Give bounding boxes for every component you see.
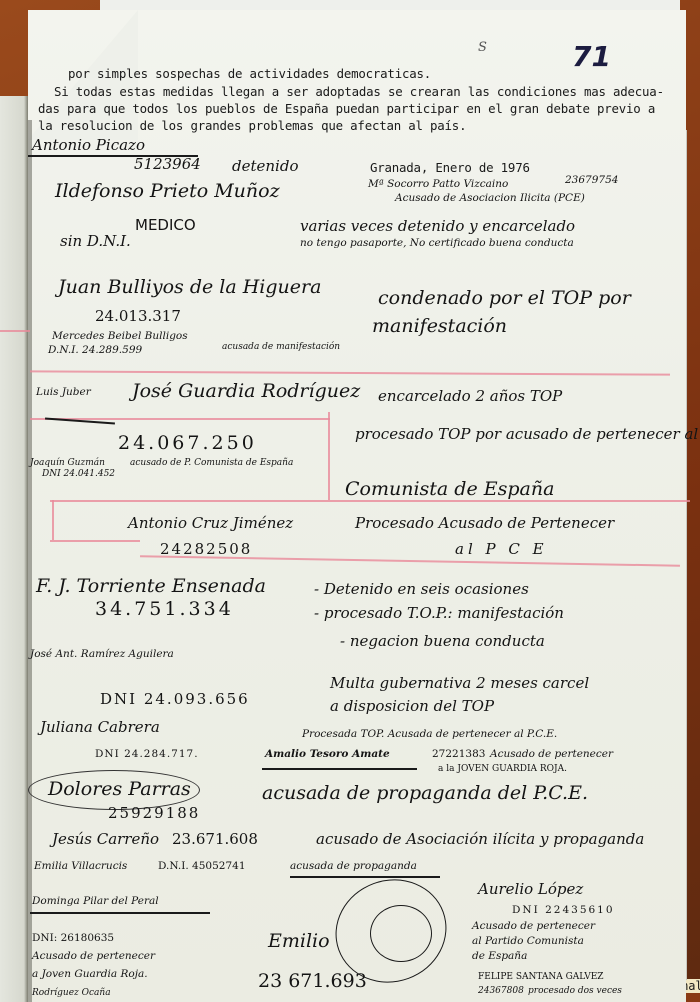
entry-name: Rodríguez Ocaña	[32, 988, 111, 998]
entry-note: no tengo pasaporte, No certificado buena…	[300, 237, 574, 249]
entry-name: Emilio	[268, 930, 330, 952]
entry-note: procesado dos veces	[528, 986, 622, 996]
entry-note: Comunista de España	[345, 478, 554, 500]
entry-name: Aurelio López	[478, 880, 583, 898]
entry-note: Acusado de Asociacion Ilicita (PCE)	[395, 192, 585, 204]
entry-note: Multa gubernativa 2 meses carcel	[330, 674, 589, 692]
entry-id: 24367808	[478, 986, 524, 996]
typed-line-3: das para que todos los pueblos de España…	[38, 101, 655, 116]
entry-note: al P C E	[455, 540, 548, 558]
entry-id: D.N.I. 24.289.599	[48, 344, 142, 356]
entry-id: 23 671.693	[258, 970, 367, 992]
entry-name: Ildefonso Prieto Muñoz	[55, 180, 280, 202]
entry-id: 34.751.334	[95, 598, 234, 620]
entry-id: D.N.I. 45052741	[158, 860, 246, 872]
signature-scribble	[370, 905, 432, 962]
entry-note: manifestación	[372, 315, 507, 337]
red-marker-line	[52, 500, 54, 540]
typed-line-2: Si todas estas medidas llegan a ser adop…	[54, 84, 664, 99]
entry-note: a Joven Guardia Roja.	[32, 968, 148, 980]
entry-prefix: Luis Juber	[36, 386, 91, 398]
entry-note: Procesada TOP. Acusada de pertenecer al …	[302, 728, 557, 740]
entry-note: acusada de propaganda	[290, 860, 417, 872]
corner-mark: S	[478, 40, 487, 55]
entry-id: DNI 24.284.717.	[95, 748, 199, 760]
entry-note: Acusado de pertenecer	[490, 748, 613, 760]
entry-name: Emilia Villacrucis	[34, 860, 127, 872]
entry-id: 27221383	[432, 748, 485, 760]
entry-id: 24.067.250	[118, 432, 257, 454]
entry-note: acusado de Asociación ilícita y propagan…	[316, 830, 644, 848]
entry-note: encarcelado 2 años TOP	[378, 387, 562, 405]
entry-name: Dominga Pilar del Peral	[32, 895, 159, 907]
entry-name: José Guardia Rodríguez	[132, 380, 360, 402]
entry-note: Acusado de pertenecer	[472, 920, 595, 932]
entry-name: Amalio Tesoro Amate	[265, 748, 390, 760]
entry-id: 25929188	[108, 804, 200, 822]
entry-note: Procesado Acusado de Pertenecer	[355, 514, 614, 532]
entry-note: condenado por el TOP por	[378, 287, 631, 309]
red-marker-line	[50, 500, 690, 502]
entry-note: Acusado de pertenecer	[32, 950, 155, 962]
entry-name: Mercedes Beibel Bulligos	[52, 330, 188, 342]
entry-id: 24.013.317	[95, 307, 181, 325]
red-marker-line	[0, 330, 30, 332]
entry-note: - negacion buena conducta	[340, 632, 545, 650]
entry-id: 5123964	[134, 155, 201, 173]
page-number: 71	[572, 40, 611, 73]
entry-id: DNI: 26180635	[32, 932, 114, 944]
entry-note: procesado TOP por acusado de pertenecer …	[355, 425, 700, 443]
entry-note: acusada de manifestación	[222, 342, 340, 352]
entry-name: F. J. Torriente Ensenada	[36, 575, 266, 597]
entry-id: DNI 24.093.656	[100, 690, 250, 708]
entry-name: Jesús Carreño	[52, 830, 159, 848]
entry-name: Antonio Picazo	[32, 136, 145, 154]
entry-name: Antonio Cruz Jiménez	[128, 514, 293, 532]
red-marker-line	[50, 540, 140, 542]
entry-name: Juan Bulliyos de la Higuera	[58, 276, 321, 298]
entry-note: a disposicion del TOP	[330, 697, 494, 715]
entry-name: Juliana Cabrera	[40, 718, 160, 736]
entry-id: 23.671.608	[172, 830, 258, 848]
red-marker-line	[328, 412, 330, 500]
entry-note: de España	[472, 950, 527, 962]
entry-id: DNI 22435610	[512, 904, 615, 916]
document-page	[28, 10, 686, 1002]
entry-note: acusado de P. Comunista de España	[130, 458, 293, 468]
entry-name: Mª Socorro Patto Vizcaino	[368, 178, 508, 190]
fold-line	[686, 130, 687, 980]
entry-name: FELIPE SANTANA GALVEZ	[478, 972, 604, 982]
entry-note: al Partido Comunista	[472, 935, 584, 947]
place-date: Granada, Enero de 1976	[370, 160, 530, 175]
entry-id: 23679754	[565, 174, 618, 186]
entry-id: DNI 24.041.452	[42, 469, 115, 479]
entry-id: 24282508	[160, 540, 252, 558]
entry-note: detenido	[232, 157, 298, 175]
name-underline	[30, 912, 210, 914]
entry-note: - procesado T.O.P.: manifestación	[314, 604, 564, 622]
typed-line-4: la resolucion de los grandes problemas q…	[38, 118, 466, 133]
entry-role: MEDICO	[135, 216, 196, 234]
entry-name: José Ant. Ramírez Aguilera	[30, 648, 174, 660]
page-edge-shadow	[28, 120, 32, 1002]
entry-note: a la JOVEN GUARDIA ROJA.	[438, 764, 567, 774]
entry-note: - Detenido en seis ocasiones	[314, 580, 529, 598]
entry-id: sin D.N.I.	[60, 232, 131, 250]
entry-note: varias veces detenido y encarcelado	[300, 217, 575, 235]
typed-line-1: por simples sospechas de actividades dem…	[68, 66, 431, 81]
entry-name: Joaquín Guzmán	[30, 458, 105, 468]
note-underline	[290, 876, 440, 878]
name-underline	[262, 768, 417, 770]
entry-note: acusada de propaganda del P.C.E.	[262, 782, 588, 804]
